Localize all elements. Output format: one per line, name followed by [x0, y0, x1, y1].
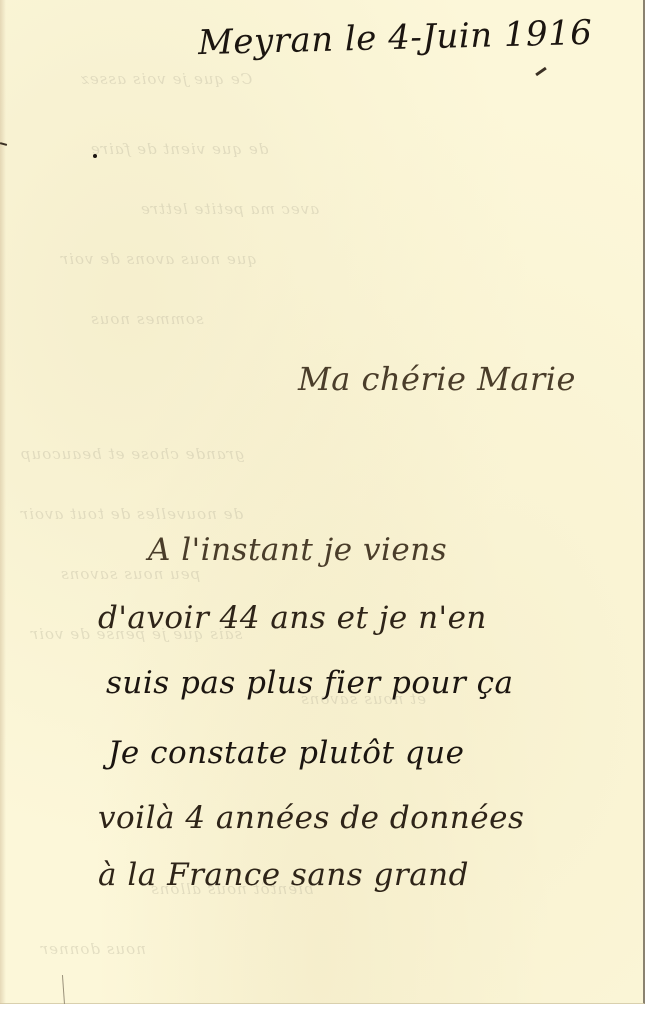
- scan-bottom-margin: [0, 1004, 652, 1015]
- bleed-through-line: nous donner: [40, 940, 146, 958]
- ink-flourish: [535, 67, 547, 76]
- letter-body-line-3: suis pas plus fier pour ça: [106, 665, 514, 701]
- letter-body-line-5: voilà 4 années de données: [98, 800, 524, 836]
- bleed-through-line: avec ma petite lettre: [140, 200, 319, 218]
- bleed-through-line: de nouvelles de tout avoir: [20, 505, 243, 523]
- bleed-through-line: Ce que je vois assez: [80, 70, 252, 88]
- bleed-through-line: que nous avons de voir: [60, 250, 257, 268]
- bleed-through-line: sommes nous: [90, 310, 204, 328]
- bleed-through-line: de que vient de faire: [90, 140, 268, 158]
- letter-body-line-4: Je constate plutôt que: [108, 735, 464, 771]
- paper-crease-mark: [62, 975, 65, 1005]
- letter-dateline: Meyran le 4-Juin 1916: [198, 13, 593, 63]
- page-left-edge-shadow: [0, 0, 6, 1004]
- bleed-through-line: grande chose et beaucoup: [20, 445, 245, 463]
- letter-body-line-2: d'avoir 44 ans et je n'en: [98, 600, 487, 636]
- letter-body-line-6: à la France sans grand: [98, 857, 469, 893]
- letter-body-line-1: A l'instant je viens: [148, 532, 447, 568]
- ink-spot: [93, 154, 97, 158]
- letter-salutation: Ma chérie Marie: [298, 360, 576, 398]
- letter-page: Ce que je vois assez de que vient de fai…: [0, 0, 645, 1004]
